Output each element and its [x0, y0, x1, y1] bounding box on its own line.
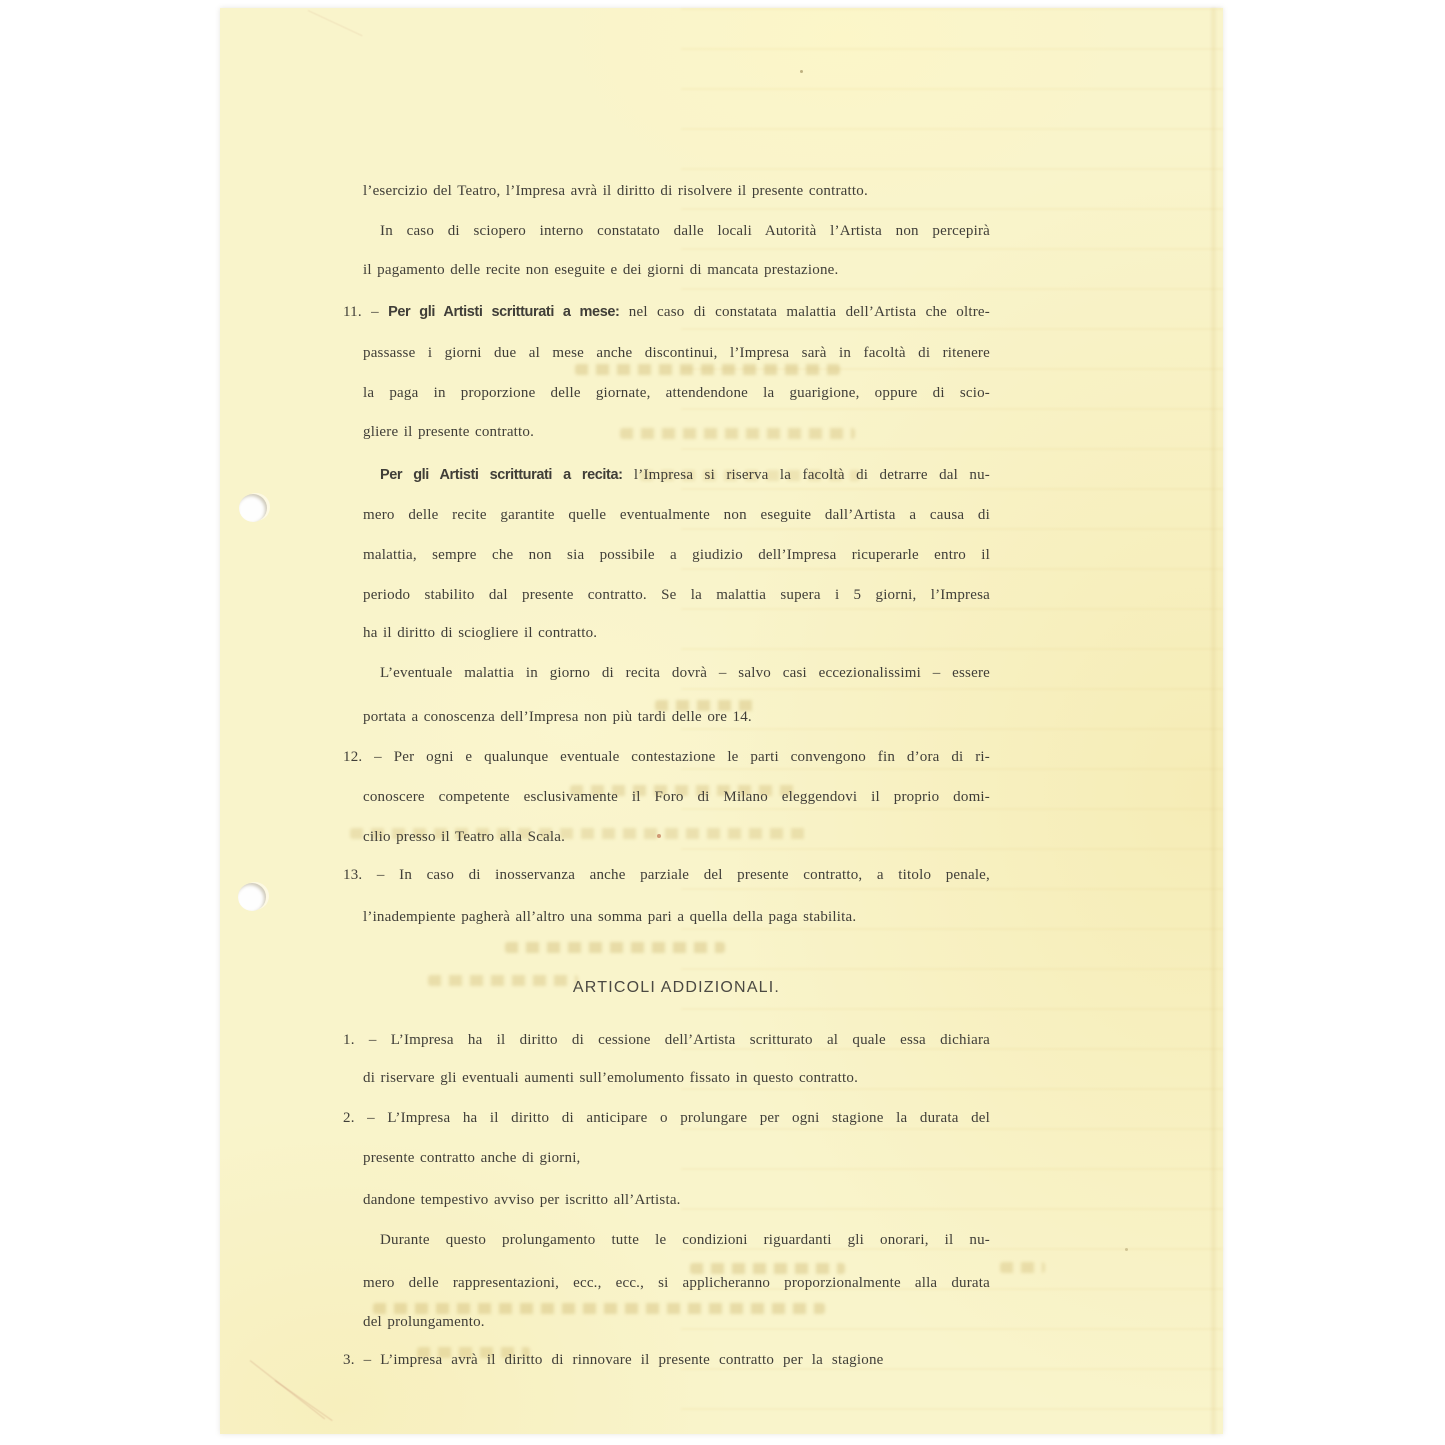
bleedthrough-mark — [1000, 1262, 1045, 1273]
scanned-page: l’esercizio del Teatro, l’Impresa avrà i… — [0, 0, 1445, 1445]
line-text: In caso di inosservanza anche parziale d… — [399, 867, 990, 883]
text-line: 3. – L’impresa avrà il diritto di rinnov… — [343, 1350, 990, 1370]
item-number: 1. – — [343, 1032, 391, 1048]
paper-speck — [800, 70, 803, 73]
text-line: l’esercizio del Teatro, l’Impresa avrà i… — [363, 181, 990, 201]
line-text: nel caso di constatata malattia dell’Art… — [619, 304, 990, 320]
right-edge-fold — [1212, 8, 1215, 1434]
text-line: In caso di sciopero interno constatato d… — [363, 221, 990, 241]
text-line: malattia, sempre che non sia possibile a… — [363, 545, 990, 565]
text-line: del prolungamento. — [363, 1312, 990, 1332]
crease-line — [308, 10, 363, 36]
text-line: gliere il presente contratto. — [363, 422, 990, 442]
text-line: mero delle recite garantite quelle event… — [363, 505, 990, 525]
section-heading: ARTICOLI ADDIZIONALI. — [363, 978, 990, 998]
text-line: Durante questo prolungamento tutte le co… — [363, 1230, 990, 1250]
paper-speck — [1125, 1248, 1128, 1251]
item-number: 11. – — [343, 304, 388, 320]
punch-hole-top — [239, 494, 267, 522]
line-text: Per ogni e qualunque eventuale contestaz… — [394, 749, 990, 765]
item-number: 13. – — [343, 867, 399, 883]
text-line: portata a conoscenza dell’Impresa non pi… — [363, 707, 990, 727]
bleedthrough-mark — [505, 942, 725, 953]
line-text: L’Impresa ha il diritto di cessione dell… — [391, 1032, 990, 1048]
text-line: mero delle rappresentazioni, ecc., ecc.,… — [363, 1273, 990, 1293]
text-line: dandone tempestivo avviso per iscritto a… — [363, 1190, 990, 1210]
text-line: presente contratto anche di giorni, — [363, 1148, 990, 1168]
text-line: di riservare gli eventuali aumenti sull’… — [363, 1068, 990, 1088]
text-line: ha il diritto di sciogliere il contratto… — [363, 623, 990, 643]
text-line: l’inadempiente pagherà all’altro una som… — [363, 907, 990, 927]
text-line: L’eventuale malattia in giorno di recita… — [363, 663, 990, 683]
text-line: il pagamento delle recite non eseguite e… — [363, 260, 990, 280]
text-line: cilio presso il Teatro alla Scala. — [363, 827, 990, 847]
item-number: 12. – — [343, 749, 394, 765]
line-text: l’Impresa si riserva la facoltà di detra… — [623, 467, 990, 483]
punch-hole-bottom — [238, 883, 266, 911]
paper-sheet: l’esercizio del Teatro, l’Impresa avrà i… — [220, 8, 1223, 1434]
line-text: L’Impresa ha il diritto di anticipare o … — [387, 1110, 990, 1126]
text-line: periodo stabilito dal presente contratto… — [363, 585, 990, 605]
item-number: 3. – — [343, 1352, 380, 1368]
text-line: 11. – Per gli Artisti scritturati a mese… — [343, 302, 990, 322]
text-line: conoscere competente esclusivamente il F… — [363, 787, 990, 807]
line-text: L’impresa avrà il diritto di rinnovare i… — [380, 1352, 883, 1368]
text-line: 1. – L’Impresa ha il diritto di cessione… — [343, 1030, 990, 1050]
text-line: 12. – Per ogni e qualunque eventuale con… — [343, 747, 990, 767]
text-line: Per gli Artisti scritturati a recita: l’… — [363, 465, 990, 485]
bold-lead: Per gli Artisti scritturati a recita: — [380, 467, 623, 483]
bold-lead: Per gli Artisti scritturati a mese: — [388, 304, 619, 320]
crease-line — [250, 1360, 325, 1419]
text-line: la paga in proporzione delle giornate, a… — [363, 383, 990, 403]
crease-line — [275, 1380, 333, 1421]
text-line: passasse i giorni due al mese anche disc… — [363, 343, 990, 363]
item-number: 2. – — [343, 1110, 387, 1126]
text-line: 13. – In caso di inosservanza anche parz… — [343, 865, 990, 885]
text-line: 2. – L’Impresa ha il diritto di anticipa… — [343, 1108, 990, 1128]
bleedthrough-mark — [575, 364, 840, 375]
